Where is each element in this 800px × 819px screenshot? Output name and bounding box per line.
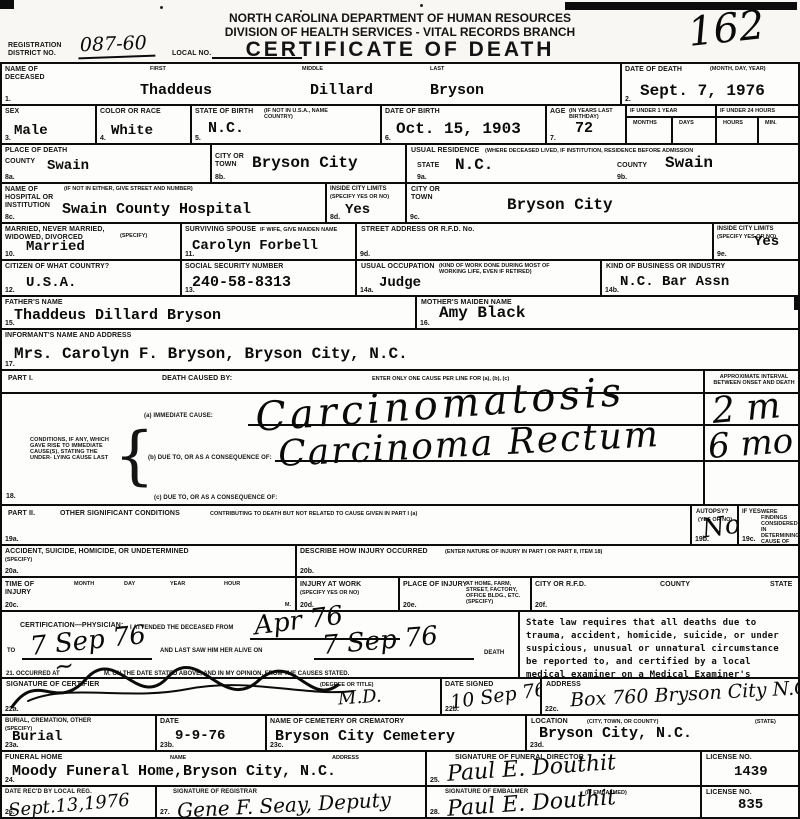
certifier-degree-value: M.D. [337, 686, 382, 710]
embalmer-license-label: LICENSE NO. [706, 789, 752, 797]
state-of-birth-num: 5. [195, 135, 201, 142]
mother-value: Amy Black [439, 304, 525, 322]
under-1-year-months: MONTHS [633, 120, 657, 126]
field-certifier-address: ADDRESS 22c. Box 760 Bryson City N.C. [540, 677, 800, 716]
scan-corner-mark [0, 0, 14, 9]
last-saw-text: AND LAST SAW HIM HER ALIVE ON [160, 648, 262, 655]
death-city-label: CITY OR TOWN [215, 153, 245, 169]
place-of-injury-num: 20e. [403, 602, 417, 609]
field-burial-cremation: BURIAL, CREMATION, OTHER (SPECIFY) 23a. … [0, 714, 157, 752]
date-of-death-sub: (MONTH, DAY, YEAR) [710, 66, 766, 72]
part1-num: 18. [6, 493, 16, 500]
medical-examiner-notice: State law requires that all deaths due t… [518, 610, 800, 679]
time-of-injury-label: TIME OF INJURY [5, 581, 41, 597]
describe-injury-num: 20b. [300, 568, 314, 575]
hospital-num: 8c. [5, 214, 15, 221]
field-sex: SEX 3. Male [0, 104, 97, 145]
injury-year-label: YEAR [170, 581, 185, 587]
usual-residence-sub: (WHERE DECEASED LIVED, IF INSTITUTION, R… [485, 148, 693, 154]
part1-conditions-note: CONDITIONS, IF ANY, WHICH GAVE RISE TO I… [30, 437, 110, 462]
age-label: AGE [550, 108, 565, 116]
death-certificate-scan: NORTH CAROLINA DEPARTMENT OF HUMAN RESOU… [0, 0, 800, 819]
death-county-value: Swain [47, 158, 89, 174]
age-sub: (IN YEARS LAST BIRTHDAY) [569, 108, 624, 120]
citizen-value: U.S.A. [26, 275, 76, 291]
informant-label: INFORMANT'S NAME AND ADDRESS [5, 332, 131, 340]
field-date-of-death: DATE OF DEATH (MONTH, DAY, YEAR) 2. Sept… [620, 62, 800, 106]
findings-num: 19c. [742, 536, 756, 543]
occupation-label: USUAL OCCUPATION [361, 263, 435, 271]
interval-header: APPROXIMATE INTERVAL BETWEEN ONSET AND D… [710, 374, 798, 386]
date-of-death-value: Sept. 7, 1976 [640, 82, 765, 100]
field-ssn: SOCIAL SECURITY NUMBER 13. 240-58-8313 [180, 259, 357, 297]
death-county-num: 8a. [5, 174, 15, 181]
field-inside-city-limits-residence: INSIDE CITY LIMITS (SPECIFY YES OR NO) 9… [712, 222, 800, 261]
field-place-of-death-county: PLACE OF DEATH COUNTY 8a. Swain [0, 143, 212, 184]
autopsy-value-handwritten: No [700, 509, 742, 544]
field-citizen: CITIZEN OF WHAT COUNTRY? 12. U.S.A. [0, 259, 182, 297]
citizen-num: 12. [5, 287, 15, 294]
race-value: White [111, 123, 153, 139]
injury-county-label: COUNTY [660, 581, 690, 589]
sex-label: SEX [5, 108, 19, 116]
accident-num: 20a. [5, 568, 19, 575]
death-word: DEATH [484, 650, 504, 657]
address-label: ADDRESS [546, 681, 581, 689]
residence-county-num: 9b. [617, 174, 627, 181]
agency-line-1: NORTH CAROLINA DEPARTMENT OF HUMAN RESOU… [0, 11, 800, 25]
injury-at-work-label: INJURY AT WORK [300, 581, 361, 589]
age-num: 7. [550, 135, 556, 142]
occupation-sub: (KIND OF WORK DONE DURING MOST OF WORKIN… [439, 263, 569, 275]
name-label: NAME OF DECEASED [5, 66, 55, 82]
father-value: Thaddeus Dillard Bryson [14, 307, 221, 324]
part2-title: OTHER SIGNIFICANT CONDITIONS [60, 510, 180, 518]
marital-sub: (SPECIFY) [120, 233, 147, 239]
local-no-blank [212, 57, 302, 59]
field-accident-suicide-homicide: ACCIDENT, SUICIDE, HOMICIDE, OR UNDETERM… [0, 544, 297, 578]
field-place-of-death-city: CITY OR TOWN 8b. Bryson City [210, 143, 407, 184]
registration-district-label: REGISTRATION DISTRICT NO. [8, 42, 70, 58]
death-county-label: COUNTY [5, 158, 35, 166]
field-embalmer-license: LICENSE NO. 835 [700, 785, 800, 819]
place-of-death-label: PLACE OF DEATH [5, 147, 67, 155]
icl-death-num: 8d. [330, 214, 340, 221]
state-of-birth-value: N.C. [208, 120, 244, 137]
ssn-value: 240-58-8313 [192, 274, 291, 291]
icl-death-label: INSIDE CITY LIMITS [330, 186, 387, 193]
field-state-of-birth: STATE OF BIRTH (IF NOT IN U.S.A., NAME C… [190, 104, 382, 145]
findings-label: IF YES [742, 509, 761, 516]
state-of-birth-sub: (IF NOT IN U.S.A., NAME COUNTRY) [264, 108, 344, 120]
field-cemetery-location: LOCATION (CITY, TOWN, OR COUNTY) (STATE)… [525, 714, 800, 752]
injury-hour-label: HOUR [224, 581, 240, 587]
mother-num: 16. [420, 320, 430, 327]
field-hospital: NAME OF HOSPITAL OR INSTITUTION (IF NOT … [0, 182, 327, 224]
residence-county-value: Swain [665, 154, 713, 172]
race-num: 4. [100, 135, 106, 142]
part2-label: PART II. [8, 510, 35, 518]
cause-b-interval-handwritten: 6 mo [707, 421, 795, 467]
under-24-hours-min: MIN. [765, 120, 777, 126]
residence-city-value: Bryson City [507, 196, 613, 214]
field-surviving-spouse: SURVIVING SPOUSE IF WIFE, GIVE MAIDEN NA… [180, 222, 357, 261]
icl-res-num: 9e. [717, 251, 727, 258]
director-num: 25. [430, 777, 440, 784]
sex-value: Male [14, 123, 48, 139]
industry-label: KIND OF BUSINESS OR INDUSTRY [606, 263, 725, 271]
date-of-birth-value: Oct. 15, 1903 [396, 120, 521, 138]
location-state-sub: (STATE) [755, 719, 776, 725]
injury-state-label: STATE [770, 581, 792, 589]
name-sub-first: FIRST [150, 66, 166, 72]
icl-death-sub: (SPECIFY YES OR NO) [330, 194, 389, 200]
residence-county-label: COUNTY [617, 162, 647, 170]
spouse-sub: IF WIFE, GIVE MAIDEN NAME [260, 227, 337, 233]
time-of-injury-num: 20c. [5, 602, 19, 609]
attended-from-text: I ATTENDED THE DECEASED FROM [130, 625, 233, 632]
date-of-birth-label: DATE OF BIRTH [385, 108, 440, 116]
state-of-birth-label: STATE OF BIRTH [195, 108, 253, 116]
place-of-injury-sub: AT HOME, FARM, STREET, FACTORY, OFFICE B… [466, 581, 530, 605]
part2-section: PART II. OTHER SIGNIFICANT CONDITIONS CO… [0, 504, 692, 546]
field-occupation: USUAL OCCUPATION (KIND OF WORK DONE DURI… [355, 259, 602, 297]
under-1-year-days: DAYS [679, 120, 694, 126]
street-address-num: 9d. [360, 251, 370, 258]
funeral-home-label: FUNERAL HOME [5, 754, 62, 762]
marital-value: Married [26, 239, 85, 255]
field-place-of-injury: PLACE OF INJURY AT HOME, FARM, STREET, F… [398, 576, 532, 612]
field-race: COLOR OR RACE 4. White [95, 104, 192, 145]
field-street-address: STREET ADDRESS OR R.F.D. No. 9d. [355, 222, 714, 261]
name-first-value: Thaddeus [140, 82, 212, 99]
field-date-of-birth: DATE OF BIRTH 6. Oct. 15, 1903 [380, 104, 547, 145]
industry-value: N.C. Bar Assn [620, 274, 729, 290]
informant-value: Mrs. Carolyn F. Bryson, Bryson City, N.C… [14, 345, 408, 363]
name-middle-value: Dillard [310, 82, 373, 99]
cemetery-value: Bryson City Cemetery [275, 728, 455, 745]
residence-state-num: 9a. [417, 174, 427, 181]
street-address-label: STREET ADDRESS OR R.F.D. No. [361, 226, 474, 234]
part1-line-b-label: (b) DUE TO, OR AS A CONSEQUENCE OF: [148, 455, 272, 462]
name-last-value: Bryson [430, 82, 484, 99]
name-sub-last: LAST [430, 66, 444, 72]
burial-date-label: DATE [160, 718, 179, 726]
field-name-of-deceased: NAME OF DECEASED FIRST MIDDLE LAST 1. Th… [0, 62, 622, 106]
injury-month-label: MONTH [74, 581, 94, 587]
injury-at-work-sub: (SPECIFY YES OR NO) [300, 590, 359, 596]
hospital-value: Swain County Hospital [62, 201, 251, 218]
certificate-number-handwritten: 162 [686, 2, 767, 56]
cemetery-label: NAME OF CEMETERY OR CREMATORY [270, 718, 404, 726]
place-of-injury-label: PLACE OF INJURY [403, 581, 467, 589]
citizen-label: CITIZEN OF WHAT COUNTRY? [5, 263, 109, 271]
field-embalmer-signature: SIGNATURE OF EMBALMER (IF EMBALMED) 28. … [425, 785, 702, 819]
occupation-num: 14a. [360, 287, 374, 294]
to-word: TO [7, 648, 15, 655]
registration-district-value: 087-60 [78, 32, 156, 60]
father-label: FATHER'S NAME [5, 299, 63, 307]
part1-death-caused-by: DEATH CAUSED BY: [162, 375, 232, 383]
burial-label: BURIAL, CREMATION, OTHER [5, 718, 95, 725]
describe-injury-sub: (ENTER NATURE OF INJURY IN PART I OR PAR… [445, 549, 602, 555]
field-if-under-1-year: IF UNDER 1 YEAR MONTHS DAYS [625, 104, 717, 145]
field-father: FATHER'S NAME 15. Thaddeus Dillard Bryso… [0, 295, 417, 330]
injury-city-label: CITY OR R.F.D. [535, 581, 586, 589]
burial-value: Burial [12, 729, 62, 745]
icl-res-value: Yes [754, 234, 779, 250]
field-informant: INFORMANT'S NAME AND ADDRESS 17. Mrs. Ca… [0, 328, 800, 371]
local-no-label: LOCAL NO. [172, 50, 211, 58]
field-date-signed: DATE SIGNED 22b. 10 Sep 76 [440, 677, 542, 716]
icl-death-value: Yes [345, 202, 370, 218]
address-value-handwritten: Box 760 Bryson City N.C. [570, 677, 800, 712]
residence-city-num: 9c. [410, 214, 420, 221]
field-autopsy: AUTOPSY? (YES OR NO) 19b. No [690, 504, 739, 546]
part1-brace: { [114, 419, 155, 493]
field-funeral-director-signature: SIGNATURE OF FUNERAL DIRECTOR 25. Paul E… [425, 750, 702, 787]
field-mother: MOTHER'S MAIDEN NAME 16. Amy Black [415, 295, 800, 330]
residence-state-label: STATE [417, 162, 439, 170]
injury-city-num: 20f. [535, 602, 547, 609]
field-marital-status: MARRIED, NEVER MARRIED, WIDOWED, DIVORCE… [0, 222, 182, 261]
field-age: AGE (IN YEARS LAST BIRTHDAY) 7. 72 [545, 104, 627, 145]
marital-num: 10. [5, 251, 15, 258]
burial-date-num: 23b. [160, 742, 174, 749]
field-date-received: DATE REC'D BY LOCAL REG. 26. Sept.13,197… [0, 785, 157, 819]
scan-edge-mark [794, 296, 800, 310]
age-value: 72 [575, 120, 593, 137]
field-industry: KIND OF BUSINESS OR INDUSTRY 14b. N.C. B… [600, 259, 800, 297]
hospital-label: NAME OF HOSPITAL OR INSTITUTION [5, 186, 57, 209]
race-label: COLOR OR RACE [100, 108, 161, 116]
under-24-hours-label: IF UNDER 24 HOURS [720, 108, 775, 114]
field-describe-injury: DESCRIBE HOW INJURY OCCURRED (ENTER NATU… [295, 544, 800, 578]
address-num: 22c. [545, 706, 559, 713]
location-num: 23d. [530, 742, 544, 749]
field-usual-residence: USUAL RESIDENCE (WHERE DECEASED LIVED, I… [405, 143, 800, 184]
director-license-label: LICENSE NO. [706, 754, 752, 762]
field-injury-city-county-state: CITY OR R.F.D. COUNTY STATE 20f. [530, 576, 800, 612]
field-time-of-injury: TIME OF INJURY MONTH DAY YEAR HOUR 20c. … [0, 576, 297, 612]
injury-day-label: DAY [124, 581, 135, 587]
under-24-hours-hours: HOURS [723, 120, 743, 126]
field-inside-city-limits-death: INSIDE CITY LIMITS (SPECIFY YES OR NO) 8… [325, 182, 407, 224]
sex-num: 3. [5, 135, 11, 142]
date-of-birth-num: 6. [385, 135, 391, 142]
field-funeral-home: FUNERAL HOME NAME ADDRESS 24. Moody Fune… [0, 750, 427, 787]
field-registrar-signature: SIGNATURE OF REGISTRAR 27. Gene F. Seay,… [155, 785, 427, 819]
ssn-label: SOCIAL SECURITY NUMBER [185, 263, 283, 271]
usual-residence-label: USUAL RESIDENCE [411, 147, 479, 155]
accident-label: ACCIDENT, SUICIDE, HOMICIDE, OR UNDETERM… [5, 548, 189, 556]
part1-line-c-label: (c) DUE TO, OR AS A CONSEQUENCE OF: [154, 495, 277, 502]
funeral-name-sub: NAME [170, 755, 186, 761]
spouse-value: Carolyn Forbell [192, 238, 318, 254]
part2-num: 19a. [5, 536, 19, 543]
part2-sub: CONTRIBUTING TO DEATH BUT NOT RELATED TO… [210, 511, 417, 517]
hospital-sub: (IF NOT IN EITHER, GIVE STREET AND NUMBE… [64, 186, 204, 192]
occupation-value: Judge [379, 275, 421, 291]
location-value: Bryson City, N.C. [539, 725, 692, 742]
embalmer-license-value: 835 [738, 797, 763, 813]
residence-state-value: N.C. [455, 156, 493, 174]
death-city-num: 8b. [215, 174, 225, 181]
industry-num: 14b. [605, 287, 619, 294]
date-of-death-label: DATE OF DEATH [625, 66, 682, 74]
field-autopsy-findings: IF YES WERE FINDINGS CONSIDERED IN DETER… [737, 504, 800, 546]
field-burial-date: DATE 23b. 9-9-76 [155, 714, 267, 752]
field-director-license: LICENSE NO. 1439 [700, 750, 800, 787]
name-num: 1. [5, 96, 11, 103]
embalmer-num: 28. [430, 809, 440, 816]
under-1-year-label: IF UNDER 1 YEAR [630, 108, 677, 114]
death-city-value: Bryson City [252, 154, 358, 172]
funeral-address-sub: ADDRESS [332, 755, 359, 761]
funeral-home-value: Moody Funeral Home,Bryson City, N.C. [12, 763, 336, 780]
registrar-num: 27. [160, 809, 170, 816]
field-residence-city: CITY OR TOWN 9c. Bryson City [405, 182, 800, 224]
describe-injury-label: DESCRIBE HOW INJURY OCCURRED [300, 548, 428, 556]
spouse-label: SURVIVING SPOUSE [185, 226, 256, 234]
date-of-death-num: 2. [625, 96, 631, 103]
field-cemetery: NAME OF CEMETERY OR CREMATORY 23c. Bryso… [265, 714, 527, 752]
field-signature-of-certifier: SIGNATURE OF CERTIFIER (DEGREE OR TITLE)… [0, 677, 442, 716]
name-sub-middle: MIDDLE [302, 66, 323, 72]
accident-sub: (SPECIFY) [5, 557, 32, 563]
part1-label: PART I. [8, 375, 33, 383]
burial-date-value: 9-9-76 [175, 728, 225, 744]
icl-res-label: INSIDE CITY LIMITS [717, 226, 774, 233]
residence-city-label: CITY OR TOWN [411, 186, 441, 202]
director-license-value: 1439 [734, 764, 768, 780]
field-if-under-24-hours: IF UNDER 24 HOURS HOURS MIN. [715, 104, 800, 145]
